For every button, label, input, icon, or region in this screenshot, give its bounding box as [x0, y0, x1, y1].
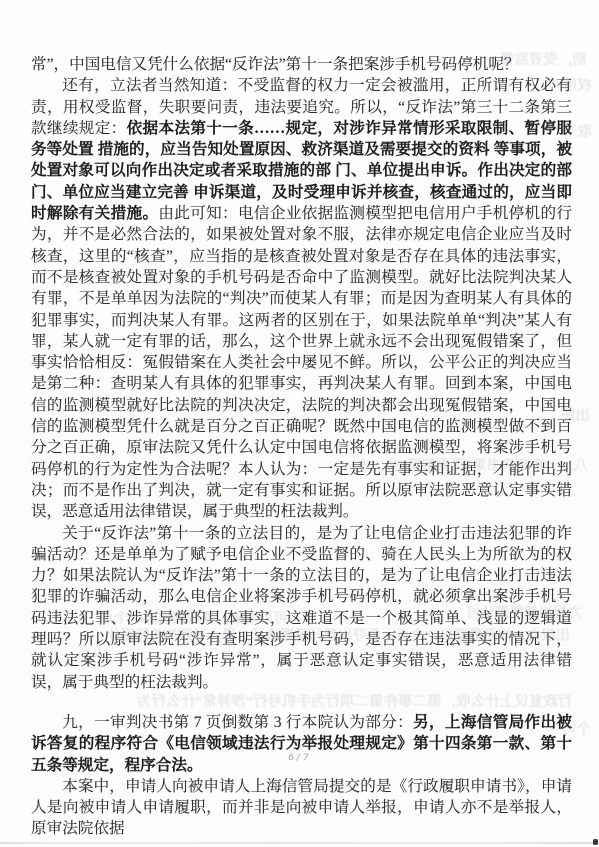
paragraph: 还有，立法者当然知道：不受监督的权力一定会被滥用，正所谓有权必有责，用权受监督，…	[31, 75, 572, 522]
page-number: 6/7	[0, 753, 599, 763]
body-text: 本案中，申请人向被申请人上海信管局提交的是《行政履职申请书》，申请人是向被申请人…	[31, 778, 572, 838]
paragraph: 本案中，申请人向被申请人上海信管局提交的是《行政履职申请书》，申请人是向被申请人…	[31, 776, 572, 840]
body-text: 常”，中国电信又凭什么依据“反诈法”第十一条把案涉手机号码停机呢？	[31, 56, 520, 73]
body-text: 关于“反诈法”第十一条的立法目的，是为了让电信企业打击违法犯罪的诈骗活动？还是单…	[31, 525, 572, 691]
paragraph: 九，一审判决书第 7 页倒数第 3 行本院认为部分：另，上海信管局作出被诉答复的…	[31, 712, 572, 776]
body-text: 九，一审判决书第 7 页倒数第 3 行本院认为部分：	[62, 714, 413, 731]
body-text: 由此可知：电信企业依据监测模型把电信用户手机停机的行为，并不是必然合法的，如果被…	[31, 205, 572, 520]
document-body: 常”，中国电信又凭什么依据“反诈法”第十一条把案涉手机号码停机呢？还有，立法者当…	[31, 54, 572, 840]
paragraph: 常”，中国电信又凭什么依据“反诈法”第十一条把案涉手机号码停机呢？	[31, 54, 572, 75]
paragraph: 关于“反诈法”第十一条的立法目的，是为了让电信企业打击违法犯罪的诈骗活动？还是单…	[31, 523, 572, 693]
scan-dot-artifact	[593, 839, 598, 845]
scan-edge-artifact	[0, 842, 599, 844]
document-page: 常”，中国电信又凭什么依据“反诈法”第十一条把案涉手机号码停机呢？还有，立法者当…	[0, 0, 599, 847]
